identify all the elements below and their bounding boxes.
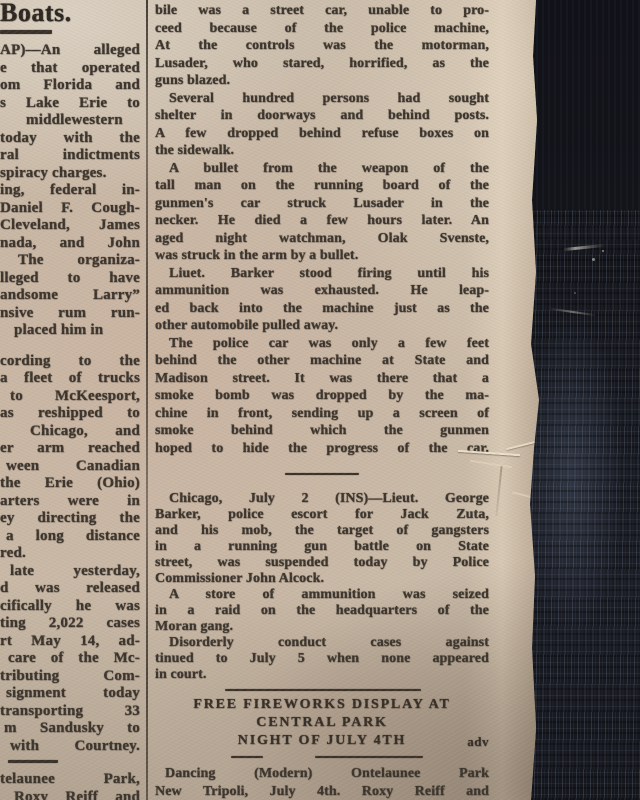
middle-column: bile was a street car, unable to pro-cee…	[155, 0, 489, 800]
text-line: in court.	[155, 667, 489, 683]
paragraph: Disorderly conduct cases againsttinued t…	[155, 635, 489, 683]
text-line: New Tripoli, July 4th. Roxy Reiff and	[155, 783, 489, 800]
paragraph: telaunee Park,Roxy Reiff and	[0, 771, 140, 800]
text-line: ed back into the machine just as the	[155, 300, 489, 318]
text-line: arters were in	[0, 493, 140, 511]
text-line: transporting 33	[0, 703, 140, 721]
horizontal-rule	[0, 760, 140, 763]
paper-crease	[495, 466, 502, 516]
text-line-main: NIGHT OF JULY 4TH	[238, 733, 406, 748]
headline-fragment: Boats.	[0, 0, 140, 26]
horizontal-rule	[155, 756, 489, 758]
text-line: and his mob, the target of gangsters	[155, 523, 489, 539]
text-line: placed him in	[0, 322, 140, 340]
text-line: s Lake Erie to	[0, 95, 140, 113]
text-line: red.	[0, 545, 140, 563]
text-line: Chicago, July 2 (INS)—Lieut. George	[155, 491, 489, 507]
text-line: cifically he was	[0, 598, 140, 616]
dust-speck	[602, 250, 604, 252]
text-line: Madison street. It was there that a	[155, 370, 489, 388]
text-line: The organiza-	[0, 252, 140, 270]
text-line: with Courtney.	[0, 738, 140, 756]
text-line: Roxy Reiff and	[0, 789, 140, 800]
text-line: ceed because of the police machine,	[155, 20, 489, 38]
text-line: a long distance	[0, 528, 140, 546]
paragraph-gap	[0, 340, 140, 353]
text-line: the Erie (Ohio)	[0, 475, 140, 493]
text-line: d was released	[0, 580, 140, 598]
text-line: e that operated	[0, 60, 140, 78]
text-line: Dancing (Modern) Ontelaunee Park	[155, 765, 489, 783]
paragraph: Chicago, July 2 (INS)—Lieut. GeorgeBarke…	[155, 491, 489, 587]
text-line: ween Canadian	[0, 458, 140, 476]
text-line: Disorderly conduct cases against	[155, 635, 489, 651]
text-line: A few dropped behind refuse boxes on	[155, 125, 489, 143]
text-line: spiracy charges.	[0, 165, 140, 183]
text-line: tinued to July 5 when none appeared	[155, 651, 489, 667]
text-line: hoped to hide the progress of the car.	[155, 440, 489, 458]
text-line: ammunition was exhausted. He leap-	[155, 282, 489, 300]
text-line: late yesterday,	[0, 563, 140, 581]
text-line: cording to the	[0, 353, 140, 371]
paragraph: cording to thea fleet of trucksto McKees…	[0, 353, 140, 563]
text-line: Commissioner John Alcock.	[155, 571, 489, 587]
text-line: care of the Mc-	[0, 650, 140, 668]
text-line: street, was suspended today by Police	[155, 555, 489, 571]
text-line: FREE FIREWORKS DISPLAY AT	[155, 696, 489, 714]
rule-segment	[231, 756, 263, 758]
paragraph: FREE FIREWORKS DISPLAY ATCENTRAL PARKNIG…	[155, 696, 489, 750]
text-line: bile was a street car, unable to pro-	[155, 2, 489, 20]
text-line: tall man on the running board of the	[155, 177, 489, 195]
paragraph: A bullet from the weapon of thetall man …	[155, 160, 489, 265]
paragraph: late yesterday,d was releasedcifically h…	[0, 563, 140, 756]
text-line: necker. He died a few hours later. An	[155, 212, 489, 230]
newspaper-photo: Boats.AP)—An allegede that operatedom Fl…	[0, 0, 640, 800]
text-line: Several hundred persons had sought	[155, 90, 489, 108]
text-line: At the controls was the motorman,	[155, 37, 489, 55]
text-line: to McKeesport,	[0, 388, 140, 406]
text-line: nsive rum run-	[0, 305, 140, 323]
text-line: smoke behind which the gunmen	[155, 422, 489, 440]
horizontal-rule	[155, 473, 489, 475]
text-line: aged night watchman, Olak Svenste,	[155, 230, 489, 248]
newspaper-page: Boats.AP)—An allegede that operatedom Fl…	[0, 0, 540, 800]
text-line: Liuet. Barker stood firing until his	[155, 265, 489, 283]
dust-speck	[592, 258, 595, 261]
paragraph: AP)—An allegede that operatedom Florida …	[0, 42, 140, 182]
text-line: Moran gang.	[155, 619, 489, 635]
column-divider-rule	[146, 0, 148, 800]
text-line: The police car was only a few feet	[155, 335, 489, 353]
text-line: lleged to have	[0, 270, 140, 288]
rule-segment	[315, 756, 423, 758]
text-line: guns blazed.	[155, 72, 489, 90]
paragraph: Liuet. Barker stood firing until hisammu…	[155, 265, 489, 335]
text-line: er arm reached	[0, 440, 140, 458]
text-line: Barker, police escort for Jack Zuta,	[155, 507, 489, 523]
text-line: om Florida and	[0, 77, 140, 95]
paragraph: Several hundred persons had soughtshelte…	[155, 90, 489, 160]
text-line: CENTRAL PARK	[155, 714, 489, 732]
text-line: Lusader, who stared, horrified, as the	[155, 55, 489, 73]
text-line: as reshipped to	[0, 405, 140, 423]
text-line: other automobile pulled away.	[155, 317, 489, 335]
paragraph: The police car was only a few feetbehind…	[155, 335, 489, 458]
rule-segment	[285, 473, 359, 475]
text-line: smoke bomb was dropped by the ma-	[155, 387, 489, 405]
text-line: Daniel F. Cough-	[0, 200, 140, 218]
horizontal-rule	[0, 30, 140, 34]
text-line: the sidewalk.	[155, 142, 489, 160]
text-line: andsome Larry”	[0, 287, 140, 305]
text-line: ral indictments	[0, 147, 140, 165]
rule-segment	[0, 30, 52, 34]
adv-label: adv	[467, 733, 489, 751]
text-line: rt May 14, ad-	[0, 633, 140, 651]
paragraph: bile was a street car, unable to pro-cee…	[155, 2, 489, 90]
text-line: in a raid on the headquarters of the	[155, 603, 489, 619]
text-line: ing, federal in-	[0, 182, 140, 200]
horizontal-rule	[155, 689, 489, 691]
rule-segment	[225, 689, 421, 691]
text-line: Chicago, and	[0, 423, 140, 441]
dark-surface-texture-top	[530, 0, 640, 240]
text-line: m Sandusky to	[0, 720, 140, 738]
paragraph: Dancing (Modern) Ontelaunee ParkNew Trip…	[155, 765, 489, 800]
text-line: Cleveland, James	[0, 217, 140, 235]
text-line: signment today	[0, 685, 140, 703]
text-line: was struck in the arm by a bullet.	[155, 247, 489, 265]
text-line: in a running gun battle on State	[155, 539, 489, 555]
text-line: tributing Com-	[0, 668, 140, 686]
text-line: ey directing the	[0, 510, 140, 528]
text-line: gunmen's car struck Lusader in the	[155, 195, 489, 213]
paragraph: A store of ammunition was seizedin a rai…	[155, 587, 489, 635]
text-line: telaunee Park,	[0, 771, 140, 789]
left-column: Boats.AP)—An allegede that operatedom Fl…	[0, 0, 140, 800]
text-line: today with the	[0, 130, 140, 148]
text-line: A bullet from the weapon of the	[155, 160, 489, 178]
text-line: behind the other machine at State and	[155, 352, 489, 370]
text-line: AP)—An alleged	[0, 42, 140, 60]
rule-segment	[8, 760, 58, 763]
text-line: nada, and John	[0, 235, 140, 253]
text-line: a fleet of trucks	[0, 370, 140, 388]
text-line: A store of ammunition was seized	[155, 587, 489, 603]
dust-speck	[574, 292, 576, 294]
paragraph: ing, federal in-Daniel F. Cough-Clevelan…	[0, 182, 140, 340]
text-line: shelter in doorways and behind posts.	[155, 107, 489, 125]
text-line: middlewestern	[0, 112, 140, 130]
text-line: NIGHT OF JULY 4THadv	[155, 732, 489, 750]
text-line: chine in front, sending up a screen of	[155, 405, 489, 423]
text-line: ting 2,022 cases	[0, 615, 140, 633]
